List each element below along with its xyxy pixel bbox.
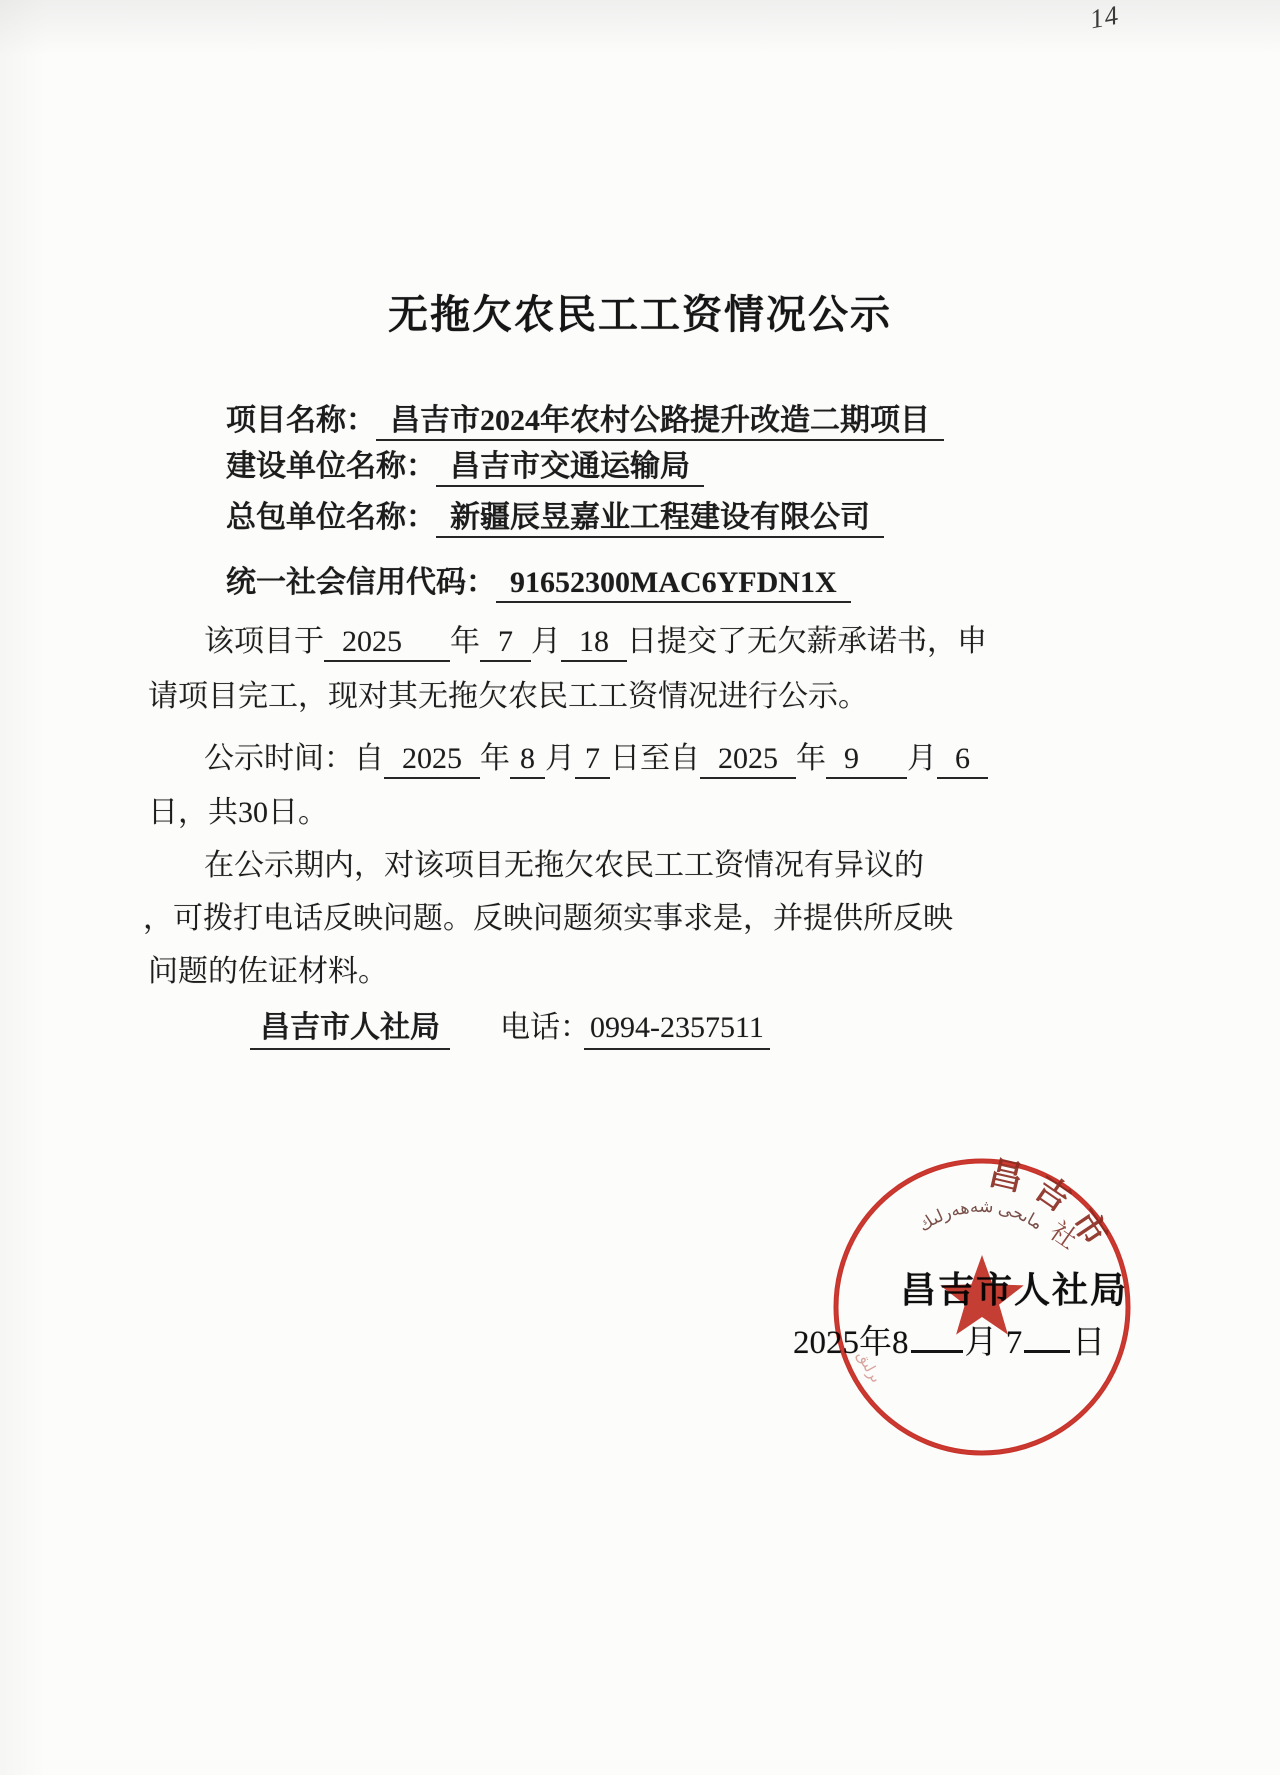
text-run: 该项目于 <box>204 625 324 658</box>
field-value-underlined: 昌吉市2024年农村公路提升改造二期项目 <box>376 404 944 441</box>
contact-row: 昌吉市人社局 电话： 0994-2357511 <box>148 1010 1240 1054</box>
text-run: 年 <box>796 742 826 775</box>
field-value-underlined: 新疆辰昱嘉业工程建设有限公司 <box>436 501 884 538</box>
text-run: 日至自 <box>610 742 700 775</box>
handwritten-page-number: 14 <box>1088 0 1122 35</box>
publicity-line-2: 日，共30日。 <box>148 795 1240 831</box>
blank-year: 2025 <box>324 625 450 662</box>
objection-line-2: ，可拨打电话反映问题。反映问题须实事求是，并提供所反映 <box>143 901 1240 937</box>
field-owner-name: 建设单位名称：昌吉市交通运输局 <box>148 449 1240 485</box>
text-run: 月 <box>531 625 561 658</box>
objection-line-1: 在公示期内，对该项目无拖欠农民工工资情况有异议的 <box>148 848 1240 884</box>
contact-phone-number: 0994-2357511 <box>584 1010 770 1050</box>
scanned-notice-page: 14 无拖欠农民工工资情况公示 项目名称：昌吉市2024年农村公路提升改造二期项… <box>0 0 1280 1775</box>
seal-agency-overlay: 昌吉市人社局 <box>900 1262 1128 1313</box>
contact-phone-label: 电话： <box>500 1010 590 1046</box>
text-run: 月 <box>545 742 575 775</box>
publicity-line-1: 公示时间：自2025年8月7日至自2025年9月6 <box>148 741 1240 777</box>
field-label: 项目名称： <box>226 404 376 437</box>
seal-date-overlay: 2025年8月 7日 <box>793 1316 1105 1363</box>
submission-line-2: 请项目完工，现对其无拖欠农民工工资情况进行公示。 <box>148 679 1240 715</box>
field-value-underlined: 91652300MAC6YFDN1X <box>496 566 851 603</box>
notice-title: 无拖欠农民工工资情况公示 <box>0 283 1280 340</box>
blank-start-day: 7 <box>575 742 610 779</box>
field-value-underlined: 昌吉市交通运输局 <box>436 450 704 487</box>
field-label: 建设单位名称： <box>226 450 436 483</box>
contact-agency: 昌吉市人社局 <box>250 1010 450 1050</box>
field-credit-code: 统一社会信用代码：91652300MAC6YFDN1X <box>148 565 1240 601</box>
objection-line-3: 问题的佐证材料。 <box>148 954 1240 990</box>
text-run: 月 <box>907 742 937 775</box>
text-run: 日提交了无欠薪承诺书，申 <box>627 625 987 658</box>
blank-day: 18 <box>561 625 627 662</box>
blank-end-month-num: 9 <box>826 742 907 779</box>
field-project-name: 项目名称：昌吉市2024年农村公路提升改造二期项目 <box>148 403 1240 439</box>
seal-date-blank-1 <box>911 1324 963 1353</box>
text-run: 公示时间：自 <box>204 742 384 775</box>
blank-start-month: 8 <box>510 742 545 779</box>
blank-end-year: 2025 <box>700 742 796 779</box>
field-label: 总包单位名称： <box>226 501 436 534</box>
blank-end-day: 6 <box>937 742 988 779</box>
field-contractor-name: 总包单位名称：新疆辰昱嘉业工程建设有限公司 <box>148 500 1240 536</box>
field-label: 统一社会信用代码： <box>226 566 496 599</box>
seal-date-day: 日 <box>1072 1325 1105 1361</box>
text-run: 年 <box>450 625 480 658</box>
blank-month: 7 <box>480 625 531 662</box>
svg-text:ماىحى شەھەرلىك: ماىحى شەھەرلىك <box>915 1197 1046 1236</box>
seal-date-month: 月 7 <box>965 1325 1023 1361</box>
seal-date-blank-2 <box>1024 1324 1070 1353</box>
submission-line-1: 该项目于2025年7月18日提交了无欠薪承诺书，申 <box>148 624 1240 660</box>
blank-start-year: 2025 <box>384 742 480 779</box>
seal-ring-uyghur-script: ماىحى شەھەرلىك <box>915 1197 1046 1236</box>
text-run: 年 <box>480 742 510 775</box>
seal-date-year: 2025年8 <box>793 1325 909 1361</box>
